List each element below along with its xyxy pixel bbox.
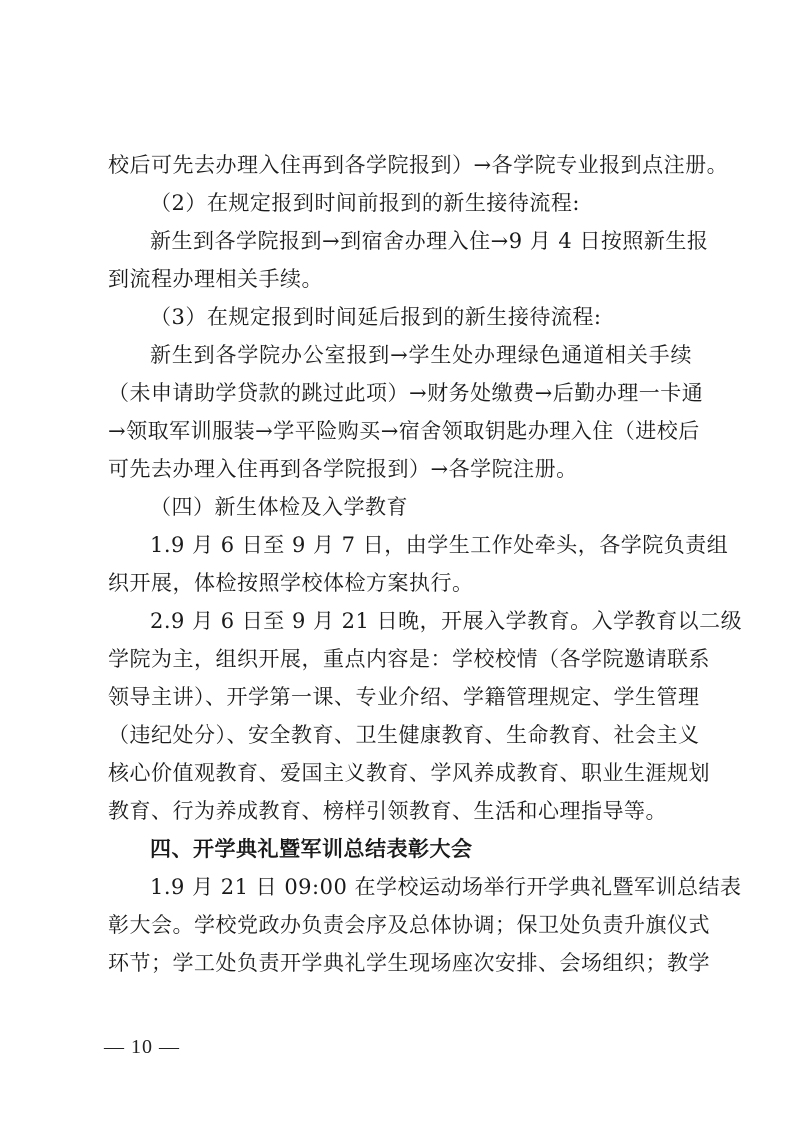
text-line: 核心价值观教育、爱国主义教育、学风养成教育、职业生涯规划 bbox=[108, 760, 692, 786]
text-line: （违纪处分）、安全教育、卫生健康教育、生命教育、社会主义 bbox=[108, 722, 692, 748]
text-line: 环节；学工处负责开学典礼学生现场座次安排、会场组织；教学 bbox=[108, 950, 692, 976]
text-line: 校后可先去办理入住再到各学院报到）→各学院专业报到点注册。 bbox=[108, 152, 692, 178]
text-line: 到流程办理相关手续。 bbox=[108, 266, 692, 292]
text-line: 可先去办理入住再到各学院报到）→各学院注册。 bbox=[108, 456, 692, 482]
text-line: 领导主讲）、开学第一课、专业介绍、学籍管理规定、学生管理 bbox=[108, 684, 692, 710]
text-line: 教育、行为养成教育、榜样引领教育、生活和心理指导等。 bbox=[108, 798, 692, 824]
text-line: →领取军训服装→学平险购买→宿舍领取钥匙办理入住（进校后 bbox=[108, 418, 692, 444]
text-line: 1.9 月 6 日至 9 月 7 日，由学生工作处牵头，各学院负责组 bbox=[150, 532, 692, 558]
page-number: — 10 — bbox=[104, 1036, 180, 1059]
text-line: 新生到各学院办公室报到→学生处办理绿色通道相关手续 bbox=[150, 342, 692, 368]
text-line: 织开展，体检按照学校体检方案执行。 bbox=[108, 570, 692, 596]
section-heading-4: （四）新生体检及入学教育 bbox=[150, 494, 692, 520]
text-line: 彰大会。学校党政办负责会序及总体协调；保卫处负责升旗仪式 bbox=[108, 912, 692, 938]
text-line: 学院为主，组织开展，重点内容是：学校校情（各学院邀请联系 bbox=[108, 646, 692, 672]
subheading-2: （2）在规定报到时间前报到的新生接待流程: bbox=[150, 190, 692, 216]
text-line: 新生到各学院报到→到宿舍办理入住→9 月 4 日按照新生报 bbox=[150, 228, 692, 254]
document-page: 校后可先去办理入住再到各学院报到）→各学院专业报到点注册。 （2）在规定报到时间… bbox=[0, 0, 793, 1122]
section-heading-four: 四、开学典礼暨军训总结表彰大会 bbox=[150, 836, 692, 862]
subheading-3: （3）在规定报到时间延后报到的新生接待流程: bbox=[150, 304, 692, 330]
text-line: 1.9 月 21 日 09:00 在学校运动场举行开学典礼暨军训总结表 bbox=[150, 874, 692, 900]
text-line: 2.9 月 6 日至 9 月 21 日晚，开展入学教育。入学教育以二级 bbox=[150, 608, 692, 634]
text-line: （未申请助学贷款的跳过此项）→财务处缴费→后勤办理一卡通 bbox=[108, 380, 692, 406]
